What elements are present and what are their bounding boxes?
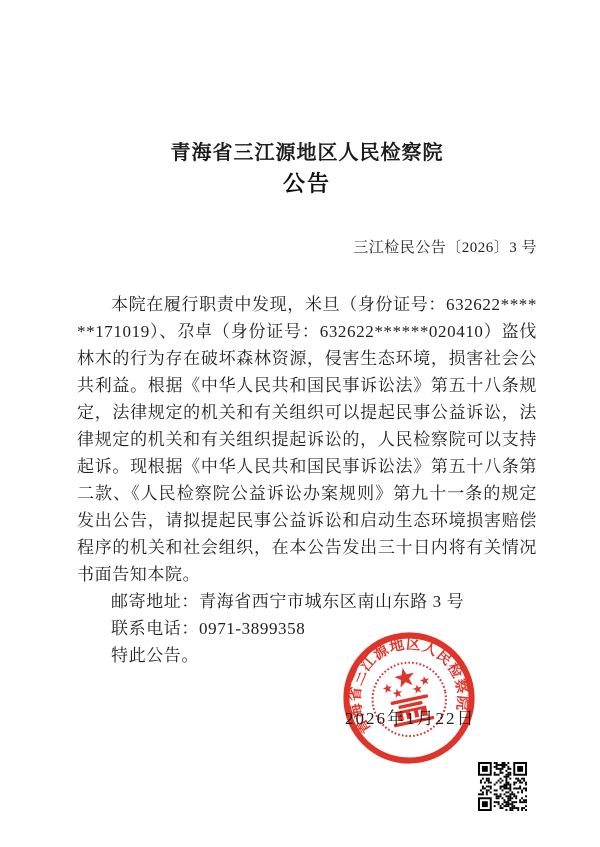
phone-value: 0971-3899358 [199,619,305,638]
qr-finder-bottom-left [478,797,492,811]
national-emblem-icon [366,656,453,743]
phone-line: 联系电话：0971-3899358 [77,615,537,642]
mailing-address-line: 邮寄地址：青海省西宁市城东区南山东路 3 号 [77,588,537,615]
document-number: 三江检民公告〔2026〕3 号 [77,238,537,258]
mailing-address-value: 青海省西宁市城东区南山东路 3 号 [199,592,464,611]
official-seal: 青海省三江源地区人民检察院 [328,617,489,778]
qr-code [477,762,528,811]
notice-document-page: 青海省三江源地区人民检察院 公告 三江检民公告〔2026〕3 号 本院在履行职责… [0,0,600,847]
phone-label: 联系电话： [111,619,199,638]
notice-title: 公告 [77,170,537,198]
notice-body-paragraph: 本院在履行职责中发现，米旦（身份证号：632622******171019）、尕… [77,291,537,588]
qr-finder-top-right [513,762,527,776]
issuing-organization-title: 青海省三江源地区人民检察院 [77,140,537,166]
document-content: 青海省三江源地区人民检察院 公告 三江检民公告〔2026〕3 号 本院在履行职责… [0,0,600,669]
mailing-address-label: 邮寄地址： [111,592,199,611]
qr-finder-top-left [478,762,492,776]
